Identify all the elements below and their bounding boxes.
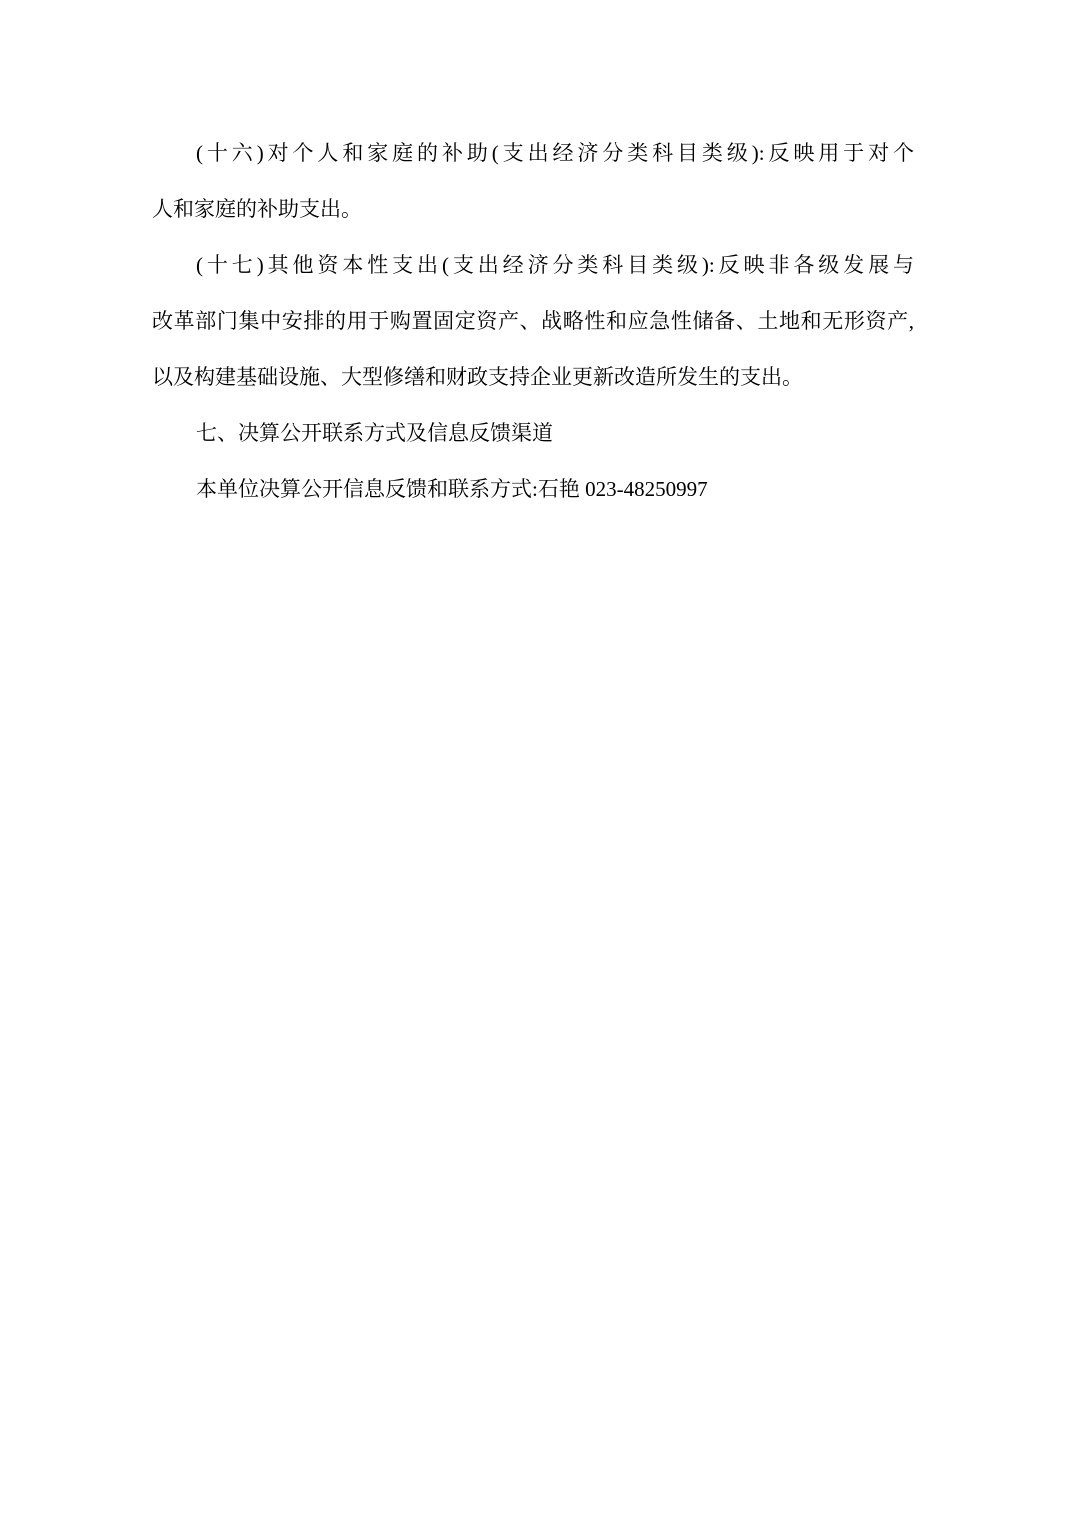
section-heading: 七、决算公开联系方式及信息反馈渠道 [152, 405, 914, 461]
para-17-line-2: 改革部门集中安排的用于购置固定资产、战略性和应急性储备、土地和无形资产, [152, 293, 914, 349]
text-block: (十六)对个人和家庭的补助(支出经济分类科目类级):反映用于对个 人和家庭的补助… [152, 125, 914, 517]
para-16-line-1: (十六)对个人和家庭的补助(支出经济分类科目类级):反映用于对个 [152, 125, 914, 181]
para-17-line-1: (十七)其他资本性支出(支出经济分类科目类级):反映非各级发展与 [152, 237, 914, 293]
para-16-line-2: 人和家庭的补助支出。 [152, 181, 914, 237]
document-page: (十六)对个人和家庭的补助(支出经济分类科目类级):反映用于对个 人和家庭的补助… [0, 0, 1074, 1520]
para-17-line-3: 以及构建基础设施、大型修缮和财政支持企业更新改造所发生的支出。 [152, 349, 914, 405]
contact-line: 本单位决算公开信息反馈和联系方式:石艳 023-48250997 [152, 461, 914, 517]
